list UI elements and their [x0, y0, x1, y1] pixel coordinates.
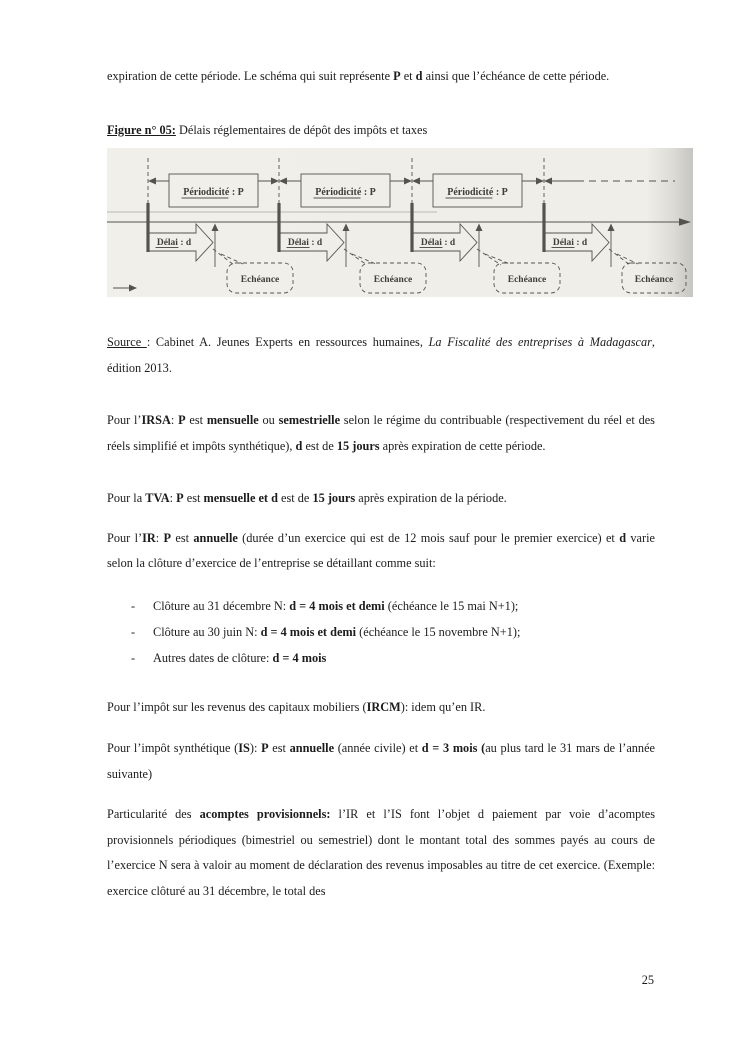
delay-arrow-1: Délai : d	[148, 224, 219, 268]
document-page: { "page": { "number": "25" }, "intro": {…	[0, 0, 744, 1053]
periodicity-label: Périodicité : P	[183, 187, 244, 198]
delay-label: Délai : d	[553, 238, 588, 248]
page-content: expiration de cette période. Le schéma q…	[0, 0, 744, 904]
list-item: - Autres dates de clôture: d = 4 mois	[131, 645, 655, 671]
paragraph-irsa: Pour l’IRSA: P est mensuelle ou semestri…	[107, 408, 655, 459]
paragraph-ircm: Pour l’impôt sur les revenus des capitau…	[107, 695, 655, 721]
source-note: Source : Cabinet A. Jeunes Experts en re…	[107, 330, 655, 381]
figure-caption: Figure n° 05: Délais réglementaires de d…	[107, 118, 655, 144]
figure-diagram: Périodicité : P Périodicité : P Périodic…	[107, 148, 693, 297]
paragraph-tva: Pour la TVA: P est mensuelle et d est de…	[107, 486, 655, 512]
page-number: 25	[642, 972, 654, 988]
periodicity-box-3: Périodicité : P	[412, 174, 544, 207]
delay-label: Délai : d	[157, 238, 192, 248]
periodicity-label: Périodicité : P	[315, 187, 376, 198]
delay-arrow-4: Délai : d	[544, 224, 615, 268]
delay-label: Délai : d	[288, 238, 323, 248]
deadline-bubble-4: Echéance	[609, 249, 686, 293]
list-item-marker: -	[131, 645, 153, 671]
closure-list: - Clôture au 31 décembre N: d = 4 mois e…	[107, 593, 655, 671]
deadline-label: Echéance	[635, 275, 674, 285]
time-axis-arrow-icon	[113, 285, 137, 292]
periodicity-label: Périodicité : P	[447, 187, 508, 198]
periodicity-box-2: Périodicité : P	[279, 174, 412, 207]
paragraph-is: Pour l’impôt synthétique (IS): P est ann…	[107, 736, 655, 787]
list-item: - Clôture au 31 décembre N: d = 4 mois e…	[131, 593, 655, 619]
list-item-text: Autres dates de clôture: d = 4 mois	[153, 645, 326, 671]
delay-arrow-3: Délai : d	[412, 224, 483, 268]
intro-paragraph: expiration de cette période. Le schéma q…	[107, 64, 655, 90]
list-item-marker: -	[131, 619, 153, 645]
list-item-text: Clôture au 31 décembre N: d = 4 mois et …	[153, 593, 518, 619]
deadline-label: Echéance	[508, 275, 547, 285]
deadline-bubble-1: Echéance	[213, 249, 293, 293]
deadline-label: Echéance	[241, 275, 280, 285]
deadline-label: Echéance	[374, 275, 413, 285]
paragraph-ir: Pour l’IR: P est annuelle (durée d’un ex…	[107, 526, 655, 577]
periodicity-box-1: Périodicité : P	[148, 174, 279, 207]
periodicity-continuation	[544, 178, 675, 185]
list-item-text: Clôture au 30 juin N: d = 4 mois et demi…	[153, 619, 520, 645]
figure-image: Périodicité : P Périodicité : P Périodic…	[107, 148, 693, 297]
paragraph-acomptes: Particularité des acomptes provisionnels…	[107, 802, 655, 904]
list-item: - Clôture au 30 juin N: d = 4 mois et de…	[131, 619, 655, 645]
deadline-bubble-2: Echéance	[344, 249, 426, 293]
timeline-arrowhead-icon	[679, 218, 691, 226]
delay-arrow-2: Délai : d	[279, 224, 350, 268]
list-item-marker: -	[131, 593, 153, 619]
deadline-bubble-3: Echéance	[477, 249, 560, 293]
delay-label: Délai : d	[421, 238, 456, 248]
